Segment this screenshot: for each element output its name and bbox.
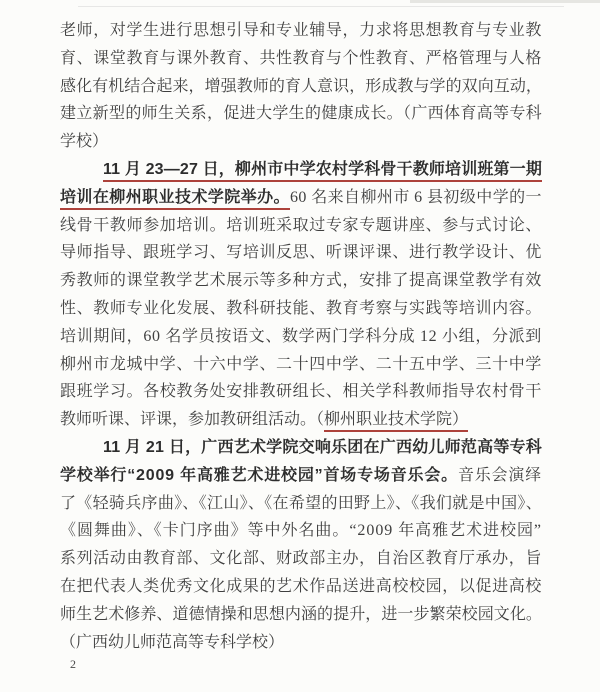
text-line: 柳州市龙城中学、十六中学、二十四中学、二十五中学、三十中学 <box>60 351 542 379</box>
text-line: 系列活动由教育部、文化部、财政部主办，自治区教育厅承办，旨 <box>60 545 542 573</box>
scan-artifact-line <box>78 6 564 7</box>
text-line-content: 柳州市龙城中学、十六中学、二十四中学、二十五中学、三十中学 <box>60 351 542 379</box>
bold-text: 11 月 21 日，广西艺术学院交响乐团在广西幼儿师范高等专科 <box>103 439 542 456</box>
text-line-content: 秀教师的课堂教学艺术展示等多种方式，安排了提高课堂教学有效 <box>60 267 542 295</box>
text-line: 性、教师专业化发展、教科研技能、教育考察与实践等培训内容。 <box>60 295 542 323</box>
text-line-content: 感化有机结合起来，增强教师的育人意识，形成教与学的双向互动， <box>60 73 542 101</box>
text-line: 学校） <box>60 128 542 156</box>
text-line-content: 培训在柳州职业技术学院举办。60 名来自柳州市 6 县初级中学的一 <box>60 184 542 212</box>
body-text: 建立新型的师生关系，促进大学生的健康成长。（广西体育高等专科 <box>60 105 542 122</box>
text-line-content: 学校） <box>60 128 108 156</box>
text-line: 师生艺术修养、道德情操和思想内涵的提升，进一步繁荣校园文化。 <box>60 601 542 629</box>
text-line-content: 系列活动由教育部、文化部、财政部主办，自治区教育厅承办，旨 <box>60 545 542 573</box>
text-line-content: 11 月 23—27 日，柳州市中学农村学科骨干教师培训班第一期 <box>60 156 542 184</box>
text-line: 11 月 23—27 日，柳州市中学农村学科骨干教师培训班第一期 <box>60 156 542 184</box>
body-text: 柳州市龙城中学、十六中学、二十四中学、二十五中学、三十中学 <box>60 356 542 373</box>
text-line-content: 了《轻骑兵序曲》、《江山》、《在希望的田野上》、《我们就是中国》、 <box>60 490 542 518</box>
text-line: 建立新型的师生关系，促进大学生的健康成长。（广西体育高等专科 <box>60 100 542 128</box>
text-line-content: 教师听课、评课，参加教研组活动。（柳州职业技术学院） <box>60 406 468 434</box>
text-line-content: 跟班学习。各校教务处安排教研组长、相关学科教师指导农村骨干 <box>60 378 542 406</box>
text-line-content: 线骨干教师参加培训。培训班采取过专家专题讲座、参与式讨论、 <box>60 212 542 240</box>
red-underlined-text: 11 月 23—27 日，柳州市中学农村学科骨干教师培训班第一期 <box>103 161 542 182</box>
body-text: 了《轻骑兵序曲》、《江山》、《在希望的田野上》、《我们就是中国》、 <box>60 495 542 512</box>
text-line-content: 11 月 21 日，广西艺术学院交响乐团在广西幼儿师范高等专科 <box>60 434 542 462</box>
text-line: 老师，对学生进行思想引导和专业辅导，力求将思想教育与专业教 <box>60 17 542 45</box>
body-text: 60 名来自柳州市 6 县初级中学的一 <box>290 189 542 206</box>
text-line-content: 《圆舞曲》、《卡门序曲》等中外名曲。“2009 年高雅艺术进校园” <box>60 517 542 545</box>
body-text: 育、课堂教育与课外教育、共性教育与个性教育、严格管理与人格 <box>60 50 542 67</box>
scan-edge-artifact <box>410 0 600 3</box>
text-line: 感化有机结合起来，增强教师的育人意识，形成教与学的双向互动， <box>60 73 542 101</box>
text-line-content: 性、教师专业化发展、教科研技能、教育考察与实践等培训内容。 <box>60 295 542 323</box>
body-text: 学校） <box>60 133 108 150</box>
text-line: 秀教师的课堂教学艺术展示等多种方式，安排了提高课堂教学有效 <box>60 267 542 295</box>
document-text: 老师，对学生进行思想引导和专业辅导，力求将思想教育与专业教育、课堂教育与课外教育… <box>60 17 542 656</box>
text-line-content: 老师，对学生进行思想引导和专业辅导，力求将思想教育与专业教 <box>60 17 542 45</box>
red-underlined-text: 培训在柳州职业技术学院举办。 <box>60 189 290 210</box>
text-line: 了《轻骑兵序曲》、《江山》、《在希望的田野上》、《我们就是中国》、 <box>60 490 542 518</box>
text-line-content: 培训期间，60 名学员按语文、数学两门学科分成 12 小组，分派到 <box>60 323 542 351</box>
text-line: 学校举行“2009 年高雅艺术进校园”首场专场音乐会。音乐会演绎 <box>60 462 542 490</box>
body-text: 线骨干教师参加培训。培训班采取过专家专题讲座、参与式讨论、 <box>60 217 542 234</box>
body-text: 老师，对学生进行思想引导和专业辅导，力求将思想教育与专业教 <box>60 22 542 39</box>
text-line-content: （广西幼儿师范高等专科学校） <box>60 629 284 657</box>
text-line: 育、课堂教育与课外教育、共性教育与个性教育、严格管理与人格 <box>60 45 542 73</box>
text-line-content: 学校举行“2009 年高雅艺术进校园”首场专场音乐会。音乐会演绎 <box>60 462 542 490</box>
body-text: 培训期间，60 名学员按语文、数学两门学科分成 12 小组，分派到 <box>60 328 542 345</box>
text-line: 11 月 21 日，广西艺术学院交响乐团在广西幼儿师范高等专科 <box>60 434 542 462</box>
text-line-content: 在把代表人类优秀文化成果的艺术作品送进高校校园，以促进高校 <box>60 573 542 601</box>
red-underlined-text: 柳州职业技术学院） <box>324 411 468 432</box>
page-number: 2 <box>70 656 76 672</box>
body-text: 性、教师专业化发展、教科研技能、教育考察与实践等培训内容。 <box>60 300 542 317</box>
body-text: 在把代表人类优秀文化成果的艺术作品送进高校校园，以促进高校 <box>60 578 542 595</box>
text-line-content: 建立新型的师生关系，促进大学生的健康成长。（广西体育高等专科 <box>60 100 542 128</box>
bold-text: 学校举行“2009 年高雅艺术进校园”首场专场音乐会。 <box>60 467 458 484</box>
body-text: 跟班学习。各校教务处安排教研组长、相关学科教师指导农村骨干 <box>60 383 542 400</box>
text-line-content: 育、课堂教育与课外教育、共性教育与个性教育、严格管理与人格 <box>60 45 542 73</box>
body-text: 《圆舞曲》、《卡门序曲》等中外名曲。“2009 年高雅艺术进校园” <box>60 522 542 539</box>
text-line: 导师指导、跟班学习、写培训反思、听课评课、进行教学设计、优 <box>60 239 542 267</box>
text-line: 在把代表人类优秀文化成果的艺术作品送进高校校园，以促进高校 <box>60 573 542 601</box>
document-page: 老师，对学生进行思想引导和专业辅导，力求将思想教育与专业教育、课堂教育与课外教育… <box>0 0 600 692</box>
text-line-content: 师生艺术修养、道德情操和思想内涵的提升，进一步繁荣校园文化。 <box>60 601 542 629</box>
body-text: 秀教师的课堂教学艺术展示等多种方式，安排了提高课堂教学有效 <box>60 272 542 289</box>
body-text: 导师指导、跟班学习、写培训反思、听课评课、进行教学设计、优 <box>60 244 542 261</box>
text-line: 跟班学习。各校教务处安排教研组长、相关学科教师指导农村骨干 <box>60 378 542 406</box>
text-line: 线骨干教师参加培训。培训班采取过专家专题讲座、参与式讨论、 <box>60 212 542 240</box>
text-line: 《圆舞曲》、《卡门序曲》等中外名曲。“2009 年高雅艺术进校园” <box>60 517 542 545</box>
text-line: 培训在柳州职业技术学院举办。60 名来自柳州市 6 县初级中学的一 <box>60 184 542 212</box>
text-line-content: 导师指导、跟班学习、写培训反思、听课评课、进行教学设计、优 <box>60 239 542 267</box>
body-text: 教师听课、评课，参加教研组活动。（ <box>60 411 324 428</box>
text-line: （广西幼儿师范高等专科学校） <box>60 629 542 657</box>
body-text: 系列活动由教育部、文化部、财政部主办，自治区教育厅承办，旨 <box>60 550 542 567</box>
text-line: 教师听课、评课，参加教研组活动。（柳州职业技术学院） <box>60 406 542 434</box>
body-text: 音乐会演绎 <box>458 467 542 484</box>
body-text: 师生艺术修养、道德情操和思想内涵的提升，进一步繁荣校园文化。 <box>60 606 542 623</box>
body-text: （广西幼儿师范高等专科学校） <box>60 634 284 651</box>
body-text: 感化有机结合起来，增强教师的育人意识，形成教与学的双向互动， <box>60 78 542 95</box>
text-line: 培训期间，60 名学员按语文、数学两门学科分成 12 小组，分派到 <box>60 323 542 351</box>
